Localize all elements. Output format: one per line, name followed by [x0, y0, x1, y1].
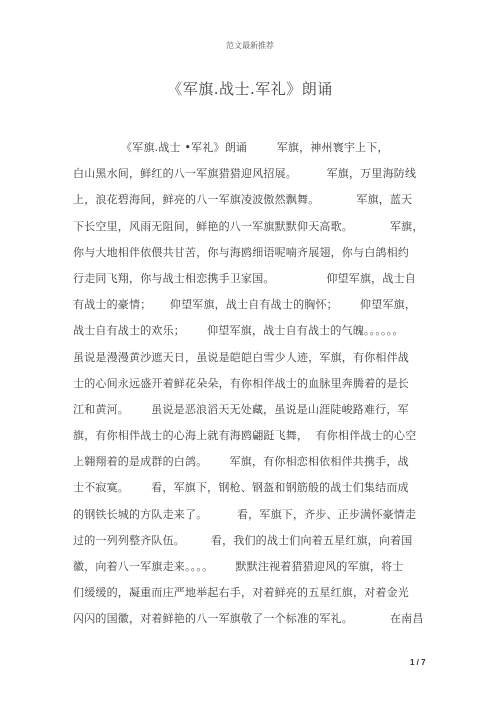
page-header: 范文最新推荐: [0, 40, 500, 51]
text-line: 你与大地相伴依偎共甘苦，你与海鸥细语呢喃齐展翅，你与白鸽相约: [73, 243, 433, 269]
text-line: 徽，向着八一军旗走来。。。。 默默注视着猎猎迎风的军旗，将士: [73, 557, 433, 583]
text-line: 的钢铁长城的方队走来了。 看，军旗下，齐步、正步满怀豪情走: [73, 505, 433, 531]
document-body: 《军旗.战士 •军礼》朗诵 军旗，神州寰宇上下， 白山黑水间，鲜红的八一军旗猎猎…: [73, 138, 433, 636]
page-number: 1 / 7: [410, 658, 426, 667]
text-line: 《军旗.战士 •军礼》朗诵 军旗，神州寰宇上下，: [73, 138, 433, 164]
text-line: 江和黄河。 虽说是恶浪滔天无处藏，虽说是山涯陡峻路难行，军: [73, 400, 433, 426]
text-line: 闪闪的国徽，对着鲜艳的八一军旗敬了一个标准的军礼。 在南昌: [73, 609, 433, 635]
text-line: 上，浪花碧海间，鲜亮的八一军旗凌波傲然飘舞。 军旗，蓝天: [73, 190, 433, 216]
text-line: 虽说是漫漫黄沙遮天日，虽说是皑皑白雪少人迹，军旗，有你相伴战: [73, 348, 433, 374]
text-line: 白山黑水间，鲜红的八一军旗猎猎迎风招展。 军旗，万里海防线: [73, 164, 433, 190]
text-line: 行走同飞翔，你与战士相恋携手卫家国。 仰望军旗，战士自: [73, 269, 433, 295]
text-line: 上翱翔着的是成群的白鸽。 军旗，有你相恋相依相伴共携手，战: [73, 452, 433, 478]
text-line: 士不寂寞。 看，军旗下，钢枪、钢盔和钢筋般的战士们集结而成: [73, 478, 433, 504]
text-line: 下长空里，风雨无阻间，鲜艳的八一军旗默默仰天高歌。 军旗，: [73, 217, 433, 243]
text-line: 们缓缓的，凝重而庄严地举起右手，对着鲜亮的五星红旗，对着金光: [73, 583, 433, 609]
text-line: 旗，有你相伴战士的心海上就有海鸥翩跹飞舞， 有你相伴战士的心空: [73, 426, 433, 452]
text-line: 过的一列列整齐队伍。 看，我们的战士们向着五星红旗，向着国: [73, 531, 433, 557]
document-title: 《军旗.战士.军礼》朗诵: [0, 78, 500, 99]
text-line: 有战士的豪情； 仰望军旗，战士自有战士的胸怀； 仰望军旗，: [73, 295, 433, 321]
text-line: 战士自有战士的欢乐； 仰望军旗，战士自有战士的气魄。。。。。。: [73, 321, 433, 347]
text-line: 士的心间永远盛开着鲜花朵朵，有你相伴战士的血脉里奔腾着的是长: [73, 374, 433, 400]
